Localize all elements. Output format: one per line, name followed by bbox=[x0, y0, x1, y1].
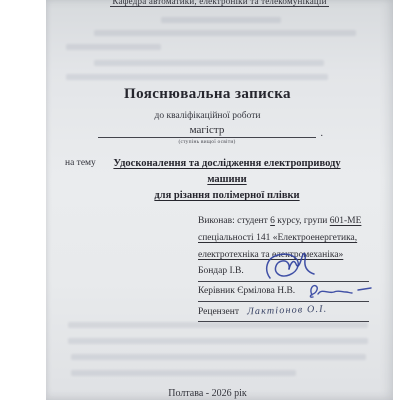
ghost-line bbox=[71, 354, 366, 360]
topic-label: на тему bbox=[65, 158, 96, 168]
ghost-line bbox=[161, 17, 281, 23]
topic-line-2: для різання полімерної плівки bbox=[96, 188, 358, 204]
ghost-line bbox=[94, 30, 356, 36]
student-name-line: Бондар І.В. bbox=[198, 266, 369, 282]
document-subtitle: до кваліфікаційної роботи bbox=[46, 111, 369, 121]
degree-tail-period: . bbox=[321, 128, 324, 139]
document-page: Кафедра автоматики, електроніки та телек… bbox=[46, 0, 393, 400]
course-number: 6 bbox=[270, 216, 275, 226]
executor-prefix: Виконав: студент bbox=[198, 216, 268, 226]
executor-line-1: Виконав: студент 6 курсу, групи 601-МЕ bbox=[198, 216, 369, 226]
supervisor-name: Єрмілова Н.В. bbox=[237, 286, 295, 296]
ghost-line bbox=[66, 74, 328, 80]
topic-line-1: Удосконалення та дослідження електроприв… bbox=[96, 156, 358, 188]
degree-block: магістр . (ступінь вищої освіти) bbox=[98, 124, 316, 145]
reviewer-handwritten-name: Лактіонов О.І. bbox=[247, 304, 328, 318]
specialty-text-1: спеціальності 141 «Електроенергетика, bbox=[198, 233, 357, 243]
reviewer-line: Рецензент Лактіонов О.І. bbox=[198, 306, 369, 322]
document-title: Пояснювальна записка bbox=[46, 86, 369, 103]
degree-value: магістр bbox=[190, 124, 225, 136]
specialty-line-2: електротехніка та електромеханіка» bbox=[198, 250, 369, 260]
ghost-line bbox=[66, 44, 161, 50]
ghost-line bbox=[68, 322, 368, 328]
department-header-text: Кафедра автоматики, електроніки та телек… bbox=[110, 0, 328, 7]
specialty-line-1: спеціальності 141 «Електроенергетика, bbox=[198, 233, 369, 243]
specialty-text-2: електротехніка та електромеханіка» bbox=[198, 250, 343, 260]
supervisor-line: Керівник Єрмілова Н.В. bbox=[198, 286, 369, 302]
degree-caption: (ступінь вищої освіти) bbox=[98, 139, 316, 145]
student-name: Бондар І.В. bbox=[198, 266, 244, 276]
footer-city-year: Полтава - 2026 рік bbox=[46, 388, 369, 399]
reviewer-label: Рецензент bbox=[198, 307, 239, 317]
topic-block: Удосконалення та дослідження електроприв… bbox=[96, 156, 358, 204]
group-number: 601-МЕ bbox=[330, 216, 362, 226]
department-header: Кафедра автоматики, електроніки та телек… bbox=[46, 0, 393, 6]
supervisor-label: Керівник bbox=[198, 286, 235, 296]
ghost-line bbox=[68, 338, 368, 344]
ghost-line bbox=[94, 60, 324, 66]
ghost-line bbox=[71, 370, 296, 376]
executor-mid: курсу, групи bbox=[277, 216, 327, 226]
degree-line: магістр . bbox=[98, 124, 316, 138]
